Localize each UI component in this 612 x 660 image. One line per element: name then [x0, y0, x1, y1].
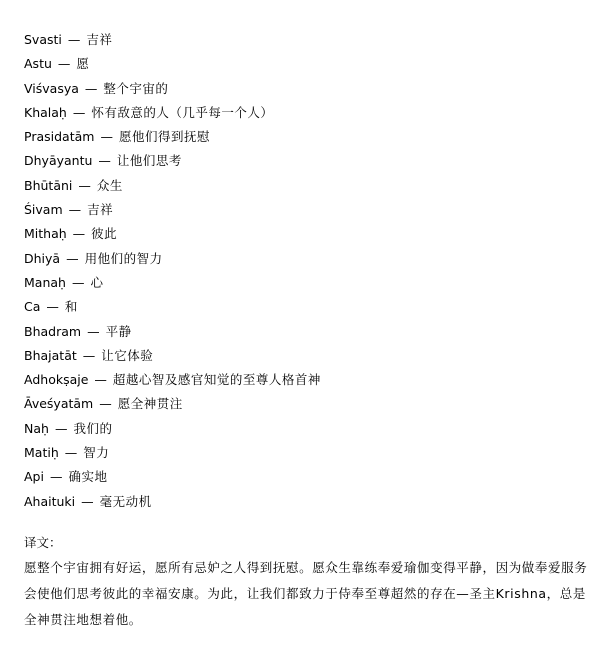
sanskrit-term: Ahaituki	[24, 494, 75, 509]
sanskrit-term: Āveśyatām	[24, 396, 93, 411]
term-meaning: 确实地	[68, 469, 107, 484]
term-meaning: 智力	[83, 445, 109, 460]
translation-heading: 译文：	[24, 531, 594, 555]
sanskrit-term: Api	[24, 469, 44, 484]
sanskrit-term: Dhiyā	[24, 251, 60, 266]
glossary-row: Viśvasya—整个宇宙的	[24, 77, 594, 101]
separator-dash: —	[73, 105, 86, 120]
sanskrit-term: Naḥ	[24, 421, 49, 436]
glossary-row: Dhiyā—用他们的智力	[24, 247, 594, 271]
term-meaning: 彼此	[91, 226, 117, 241]
separator-dash: —	[98, 153, 111, 168]
glossary-row: Ca—和	[24, 295, 594, 319]
sanskrit-term: Bhūtāni	[24, 178, 72, 193]
separator-dash: —	[50, 469, 63, 484]
separator-dash: —	[73, 226, 86, 241]
separator-dash: —	[99, 396, 112, 411]
sanskrit-term: Bhadram	[24, 324, 81, 339]
term-meaning: 怀有敌意的人（几乎每一个人）	[91, 105, 273, 120]
glossary-row: Adhokṣaje—超越心智及感官知觉的至尊人格首神	[24, 368, 594, 392]
term-meaning: 愿他们得到抚慰	[119, 129, 210, 144]
separator-dash: —	[87, 324, 100, 339]
glossary-row: Prasidatām—愿他们得到抚慰	[24, 125, 594, 149]
sanskrit-term: Adhokṣaje	[24, 372, 88, 387]
sanskrit-term: Khalaḥ	[24, 105, 67, 120]
separator-dash: —	[81, 494, 94, 509]
glossary-row: Astu—愿	[24, 52, 594, 76]
separator-dash: —	[65, 445, 78, 460]
sanskrit-term: Matiḥ	[24, 445, 59, 460]
glossary-row: Khalaḥ—怀有敌意的人（几乎每一个人）	[24, 101, 594, 125]
term-meaning: 愿	[76, 56, 89, 71]
word-glossary: Svasti—吉祥 Astu—愿 Viśvasya—整个宇宙的 Khalaḥ—怀…	[24, 28, 594, 514]
glossary-row: Bhūtāni—众生	[24, 174, 594, 198]
sanskrit-term: Mithaḥ	[24, 226, 67, 241]
term-meaning: 平静	[106, 324, 132, 339]
separator-dash: —	[78, 178, 91, 193]
separator-dash: —	[46, 299, 59, 314]
term-meaning: 让他们思考	[117, 153, 182, 168]
glossary-row: Bhadram—平静	[24, 320, 594, 344]
separator-dash: —	[69, 202, 82, 217]
separator-dash: —	[55, 421, 68, 436]
glossary-row: Api—确实地	[24, 465, 594, 489]
separator-dash: —	[66, 251, 79, 266]
sanskrit-term: Manaḥ	[24, 275, 66, 290]
translation-section: 译文： 愿整个宇宙拥有好运，愿所有忌妒之人得到抚慰。愿众生靠练奉爱瑜伽变得平静，…	[24, 531, 594, 633]
sanskrit-term: Svasti	[24, 32, 62, 47]
term-meaning: 我们的	[73, 421, 112, 436]
glossary-row: Śivam—吉祥	[24, 198, 594, 222]
separator-dash: —	[83, 348, 96, 363]
term-meaning: 让它体验	[101, 348, 153, 363]
glossary-row: Ahaituki—毫无动机	[24, 490, 594, 514]
separator-dash: —	[58, 56, 71, 71]
term-meaning: 吉祥	[86, 32, 112, 47]
document-page: Svasti—吉祥 Astu—愿 Viśvasya—整个宇宙的 Khalaḥ—怀…	[24, 28, 594, 633]
sanskrit-term: Prasidatām	[24, 129, 94, 144]
term-meaning: 吉祥	[87, 202, 113, 217]
separator-dash: —	[68, 32, 81, 47]
translation-text: 愿整个宇宙拥有好运，愿所有忌妒之人得到抚慰。愿众生靠练奉爱瑜伽变得平静，因为做奉…	[24, 555, 589, 633]
term-meaning: 毫无动机	[100, 494, 152, 509]
glossary-row: Āveśyatām—愿全神贯注	[24, 392, 594, 416]
term-meaning: 用他们的智力	[85, 251, 163, 266]
glossary-row: Matiḥ—智力	[24, 441, 594, 465]
separator-dash: —	[94, 372, 107, 387]
sanskrit-term: Astu	[24, 56, 52, 71]
term-meaning: 超越心智及感官知觉的至尊人格首神	[113, 372, 321, 387]
term-meaning: 众生	[97, 178, 123, 193]
separator-dash: —	[72, 275, 85, 290]
glossary-row: Dhyāyantu—让他们思考	[24, 149, 594, 173]
glossary-row: Mithaḥ—彼此	[24, 222, 594, 246]
glossary-row: Naḥ—我们的	[24, 417, 594, 441]
term-meaning: 心	[90, 275, 103, 290]
term-meaning: 愿全神贯注	[118, 396, 183, 411]
term-meaning: 整个宇宙的	[103, 81, 168, 96]
sanskrit-term: Ca	[24, 299, 40, 314]
glossary-row: Bhajatāt—让它体验	[24, 344, 594, 368]
separator-dash: —	[100, 129, 113, 144]
sanskrit-term: Śivam	[24, 202, 63, 217]
sanskrit-term: Dhyāyantu	[24, 153, 92, 168]
sanskrit-term: Viśvasya	[24, 81, 79, 96]
glossary-row: Manaḥ—心	[24, 271, 594, 295]
sanskrit-term: Bhajatāt	[24, 348, 77, 363]
glossary-row: Svasti—吉祥	[24, 28, 594, 52]
separator-dash: —	[85, 81, 98, 96]
term-meaning: 和	[65, 299, 78, 314]
